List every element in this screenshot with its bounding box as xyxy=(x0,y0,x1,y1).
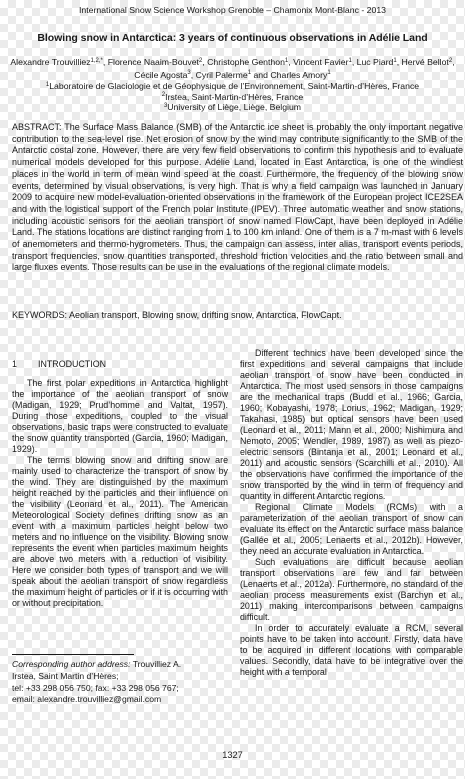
footnote-line-email: email: alexandre.trouvilliez@gmail.com xyxy=(12,694,224,706)
affiliation-line: 1Laboratoire de Glaciologie et de Géophy… xyxy=(0,81,465,92)
section-heading-introduction: 1INTRODUCTION xyxy=(12,359,228,370)
conference-header: International Snow Science Workshop Gren… xyxy=(0,5,465,16)
footnote: Corresponding author address: Trouvillie… xyxy=(12,654,224,706)
right-paragraph-1: Different technics have been developed s… xyxy=(240,348,463,502)
section-number: 1 xyxy=(12,359,38,370)
affiliation-line: 2Irstea, Saint-Martin-d’Hères, France xyxy=(0,92,465,103)
affiliation-superscript: 1 xyxy=(46,82,49,88)
author-superscript: 2 xyxy=(199,58,202,64)
affiliation-superscript: 2 xyxy=(162,92,165,98)
footnote-rule xyxy=(12,654,134,655)
author-name: Florence Naaim-Bouvet xyxy=(108,57,199,67)
affiliation-text: Laboratoire de Glaciologie et de Géophys… xyxy=(49,81,419,91)
intro-paragraph-2: The terms blowing snow and drifting snow… xyxy=(12,455,228,609)
affiliation-text: Irstea, Saint-Martin-d’Hères, France xyxy=(165,92,303,102)
author-superscript: 1 xyxy=(248,70,251,76)
author-superscript: 1 xyxy=(285,58,288,64)
author-name: Christophe Genthon xyxy=(207,57,285,67)
left-column: 1INTRODUCTION The first polar expedition… xyxy=(12,359,228,609)
paper-page: International Snow Science Workshop Gren… xyxy=(0,0,465,779)
author-name: Luc Piard xyxy=(357,57,394,67)
right-paragraph-3: Such evaluations are difficult because a… xyxy=(240,557,463,623)
affiliations: 1Laboratoire de Glaciologie et de Géophy… xyxy=(0,81,465,113)
affiliation-superscript: 3 xyxy=(164,103,167,109)
author-name: Cyril Palerme xyxy=(196,70,248,80)
author-superscript: 1 xyxy=(393,58,396,64)
section-title: INTRODUCTION xyxy=(38,359,106,369)
affiliation-text: University of Liège, Liège, Belgium xyxy=(167,102,301,112)
paper-title: Blowing snow in Antarctica: 3 years of c… xyxy=(37,32,427,44)
footnote-author: Trouvilliez A. xyxy=(130,659,181,669)
author-superscript: 2 xyxy=(449,58,452,64)
intro-paragraph-1: The first polar expeditions in Antarctic… xyxy=(12,378,228,455)
right-column: Different technics have been developed s… xyxy=(240,348,463,678)
author-superscript: 1 xyxy=(327,70,330,76)
author-superscript: 1,2,* xyxy=(91,58,103,64)
author-superscript: 1 xyxy=(348,58,351,64)
right-paragraph-4: In order to accurately evaluate a RCM, s… xyxy=(240,623,463,678)
abstract-paragraph: ABSTRACT: The Surface Mass Balance (SMB)… xyxy=(12,122,463,274)
affiliation-line: 3University of Liège, Liège, Belgium xyxy=(0,102,465,113)
keywords-line: KEYWORDS: Aeolian transport, Blowing sno… xyxy=(12,310,463,322)
right-paragraph-2: Regional Climate Models (RCMs) with a pa… xyxy=(240,502,463,557)
footnote-line-author: Corresponding author address: Trouvillie… xyxy=(12,659,224,671)
footnote-line-address: Irstea, Saint Martin d’Hères; xyxy=(12,671,224,683)
footnote-label: Corresponding author address: xyxy=(12,659,130,669)
author-name: Charles Amory xyxy=(270,70,327,80)
page-number: 1327 xyxy=(0,750,465,760)
author-name: Vincent Favier xyxy=(293,57,348,67)
authors-line: Alexandre Trouvilliez1,2,*, Florence Naa… xyxy=(10,56,455,81)
author-name: Cécile Agosta xyxy=(134,70,187,80)
footnote-line-telfax: tel: +33 298 056 750; fax: +33 298 056 7… xyxy=(12,683,224,695)
author-name: Alexandre Trouvilliez xyxy=(10,57,90,67)
author-superscript: 3 xyxy=(187,70,190,76)
author-name: Hervé Bellot xyxy=(402,57,449,67)
